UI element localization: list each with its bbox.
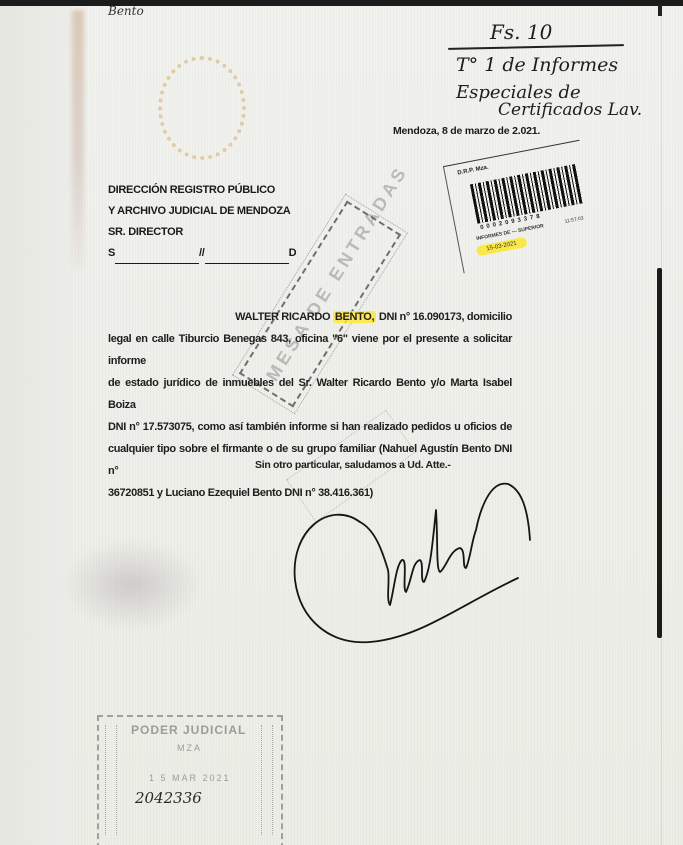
barcode-header: D.R.P. Mza. [457,165,489,177]
salutation-sd-line: S // D [108,243,296,264]
background-margin [0,6,72,845]
barcode-icon [470,164,584,224]
judicial-power-stamp: PODER JUDICIAL MZA 1 5 MAR 2021 2042336 [97,715,283,845]
applicant-dni-domicile: DNI n° 16.090173, domicilio [376,311,512,323]
highlighted-surname: BENTO, [333,311,376,323]
sd-blank-2 [205,251,289,264]
corner-mark [658,4,662,16]
applicant-name: WALTER RICARDO [235,311,333,323]
body-line-3: de estado jurídico de inmuebles del Sr. … [108,372,512,416]
body-line-2: legal en calle Tiburcio Benegas 843, ofi… [108,328,512,372]
stamp-date-row: 1 5 MAR 2021 [149,773,231,783]
date-line: Mendoza, 8 de marzo de 2.021. [393,125,540,137]
handwritten-folio: Fs. 10 [490,20,552,44]
faded-seal-icon [158,56,246,160]
addressee-line3: SR. DIRECTOR [108,222,296,243]
addressee-line2: Y ARCHIVO JUDICIAL DE MENDOZA [108,201,296,222]
page-edge-stain [72,10,84,270]
stamp-left-column [105,725,117,835]
sd-start: S [108,243,115,264]
stamp-subtitle: MZA [177,743,202,753]
sd-end: D [289,243,297,264]
sd-blank-1 [115,251,199,264]
barcode-time: 11:57:03 [564,215,584,225]
body-line-1: WALTER RICARDO BENTO, DNI n° 16.090173, … [108,306,512,328]
body-line-4: DNI n° 17.573075, como así también infor… [108,416,512,438]
stamp-handwritten-number: 2042336 [135,789,202,807]
addressee-block: DIRECCIÓN REGISTRO PÚBLICO Y ARCHIVO JUD… [108,180,296,264]
binder-edge-bar [657,268,662,638]
handwritten-top-left-note: Bento [108,4,144,18]
stamp-title: PODER JUDICIAL [131,723,246,737]
signature-icon [290,470,540,650]
handwritten-register-line1: T° 1 de Informes [456,54,618,76]
addressee-line1: DIRECCIÓN REGISTRO PÚBLICO [108,180,296,201]
photo-shadow [62,540,202,630]
handwritten-register-line3: Certificados Lav. [498,100,642,120]
stamp-right-column [261,725,273,835]
